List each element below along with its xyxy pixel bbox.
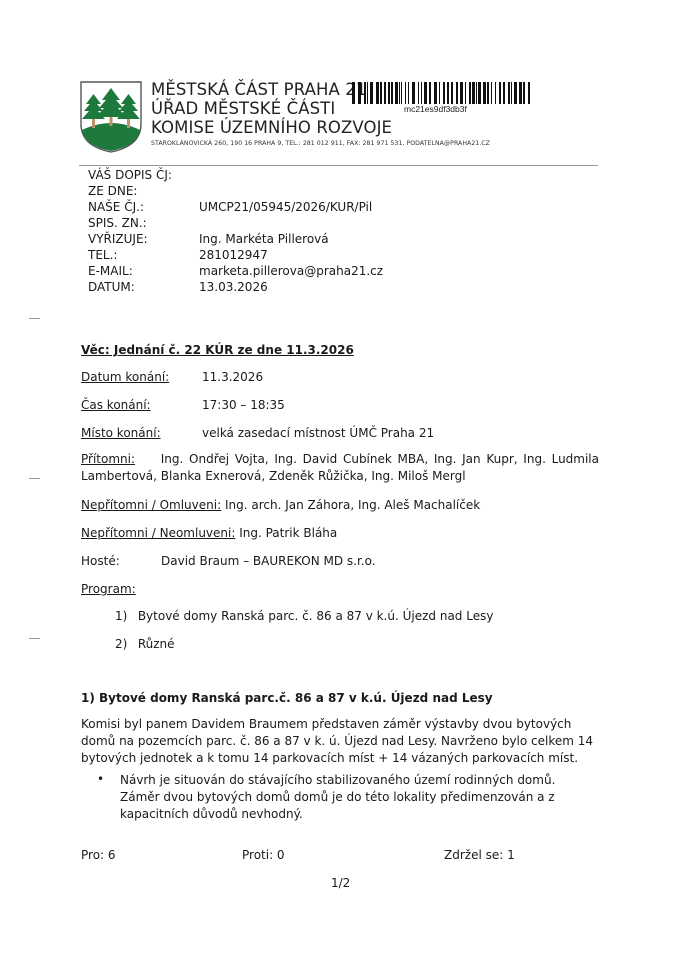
barcode-icon (352, 82, 532, 104)
vote-abstain: Zdržel se: 1 (444, 848, 515, 862)
reference-row: SPIS. ZN.: (88, 215, 383, 231)
fold-mark (29, 478, 40, 479)
meeting-place-label: Místo konání: (81, 426, 202, 440)
guests-value: David Braum – BAUREKON MD s.r.o. (161, 554, 376, 568)
reference-value: marketa.pillerova@praha21.cz (199, 263, 383, 279)
reference-label: E-MAIL: (88, 263, 199, 279)
org-address: STAROKLÁNOVICKÁ 260, 190 16 PRAHA 9, TEL… (151, 140, 490, 147)
org-line-3: KOMISE ÚZEMNÍHO ROZVOJE (151, 118, 392, 137)
reference-row: VÁŠ DOPIS ČJ: (88, 167, 383, 183)
program-item: 1) Bytové domy Ranská parc. č. 86 a 87 v… (115, 609, 493, 623)
program-item-number: 1) (115, 609, 134, 623)
reference-value: Ing. Markéta Pillerová (199, 231, 329, 247)
reference-row: DATUM:13.03.2026 (88, 279, 383, 295)
meeting-date-label: Datum konání: (81, 370, 202, 384)
reference-row: NAŠE ČJ.:UMCP21/05945/2026/KUR/Pil (88, 199, 383, 215)
barcode-text: mc21es9df3db3f (404, 104, 467, 114)
header-divider (79, 165, 598, 166)
program-item-text: Bytové domy Ranská parc. č. 86 a 87 v k.… (138, 609, 494, 623)
program-item: 2) Různé (115, 637, 175, 651)
fold-mark (29, 318, 40, 319)
present-value: Ing. Ondřej Vojta, Ing. David Cubínek MB… (81, 452, 599, 483)
reference-label: VÁŠ DOPIS ČJ: (88, 167, 199, 183)
reference-row: ZE DNE: (88, 183, 383, 199)
absent-excused-row: Nepřítomni / Omluveni: Ing. arch. Jan Zá… (81, 498, 480, 512)
reference-label: VYŘIZUJE: (88, 231, 199, 247)
absent-unexcused-value: Ing. Patrik Bláha (235, 526, 337, 540)
meeting-time-label: Čas konání: (81, 398, 202, 412)
bullet-text: Návrh je situován do stávajícího stabili… (120, 772, 590, 823)
page-number: 1/2 (331, 876, 350, 890)
reference-value: UMCP21/05945/2026/KUR/Pil (199, 199, 372, 215)
absent-unexcused-label: Nepřítomni / Neomluveni: (81, 526, 235, 540)
section-paragraph: Komisi byl panem Davidem Braumem předsta… (81, 716, 601, 767)
meeting-place-row: Místo konání: velká zasedací místnost ÚM… (81, 426, 434, 440)
meeting-time-row: Čas konání: 17:30 – 18:35 (81, 398, 285, 412)
meeting-date-value: 11.3.2026 (202, 370, 263, 384)
fold-mark (29, 638, 40, 639)
vote-against: Proti: 0 (242, 848, 285, 862)
section-heading: 1) Bytové domy Ranská parc.č. 86 a 87 v … (81, 691, 493, 705)
reference-label: NAŠE ČJ.: (88, 199, 199, 215)
guests-row: Hosté: David Braum – BAUREKON MD s.r.o. (81, 554, 376, 568)
program-item-text: Různé (138, 637, 175, 651)
meeting-time-value: 17:30 – 18:35 (202, 398, 285, 412)
reference-label: ZE DNE: (88, 183, 199, 199)
reference-label: DATUM: (88, 279, 199, 295)
reference-row: E-MAIL:marketa.pillerova@praha21.cz (88, 263, 383, 279)
subject-line: Věc: Jednání č. 22 KÚR ze dne 11.3.2026 (81, 343, 354, 357)
reference-block: VÁŠ DOPIS ČJ:ZE DNE:NAŠE ČJ.:UMCP21/0594… (88, 167, 383, 295)
reference-row: TEL.:281012947 (88, 247, 383, 263)
vote-for: Pro: 6 (81, 848, 116, 862)
absent-excused-value: Ing. arch. Jan Záhora, Ing. Aleš Machalí… (221, 498, 480, 512)
program-label: Program: (81, 582, 136, 596)
guests-label: Hosté: (81, 554, 161, 568)
reference-label: TEL.: (88, 247, 199, 263)
present-label: Přítomni: (81, 452, 135, 466)
meeting-date-row: Datum konání: 11.3.2026 (81, 370, 263, 384)
coat-of-arms-trees-icon (79, 80, 143, 154)
absent-unexcused-row: Nepřítomni / Neomluveni: Ing. Patrik Blá… (81, 526, 337, 540)
meeting-place-value: velká zasedací místnost ÚMČ Praha 21 (202, 426, 434, 440)
program-item-number: 2) (115, 637, 134, 651)
bullet-icon: • (97, 772, 104, 786)
absent-excused-label: Nepřítomni / Omluveni: (81, 498, 221, 512)
reference-value: 281012947 (199, 247, 268, 263)
reference-label: SPIS. ZN.: (88, 215, 199, 231)
reference-value: 13.03.2026 (199, 279, 268, 295)
reference-row: VYŘIZUJE:Ing. Markéta Pillerová (88, 231, 383, 247)
present-members: Přítomni: Ing. Ondřej Vojta, Ing. David … (81, 451, 599, 485)
